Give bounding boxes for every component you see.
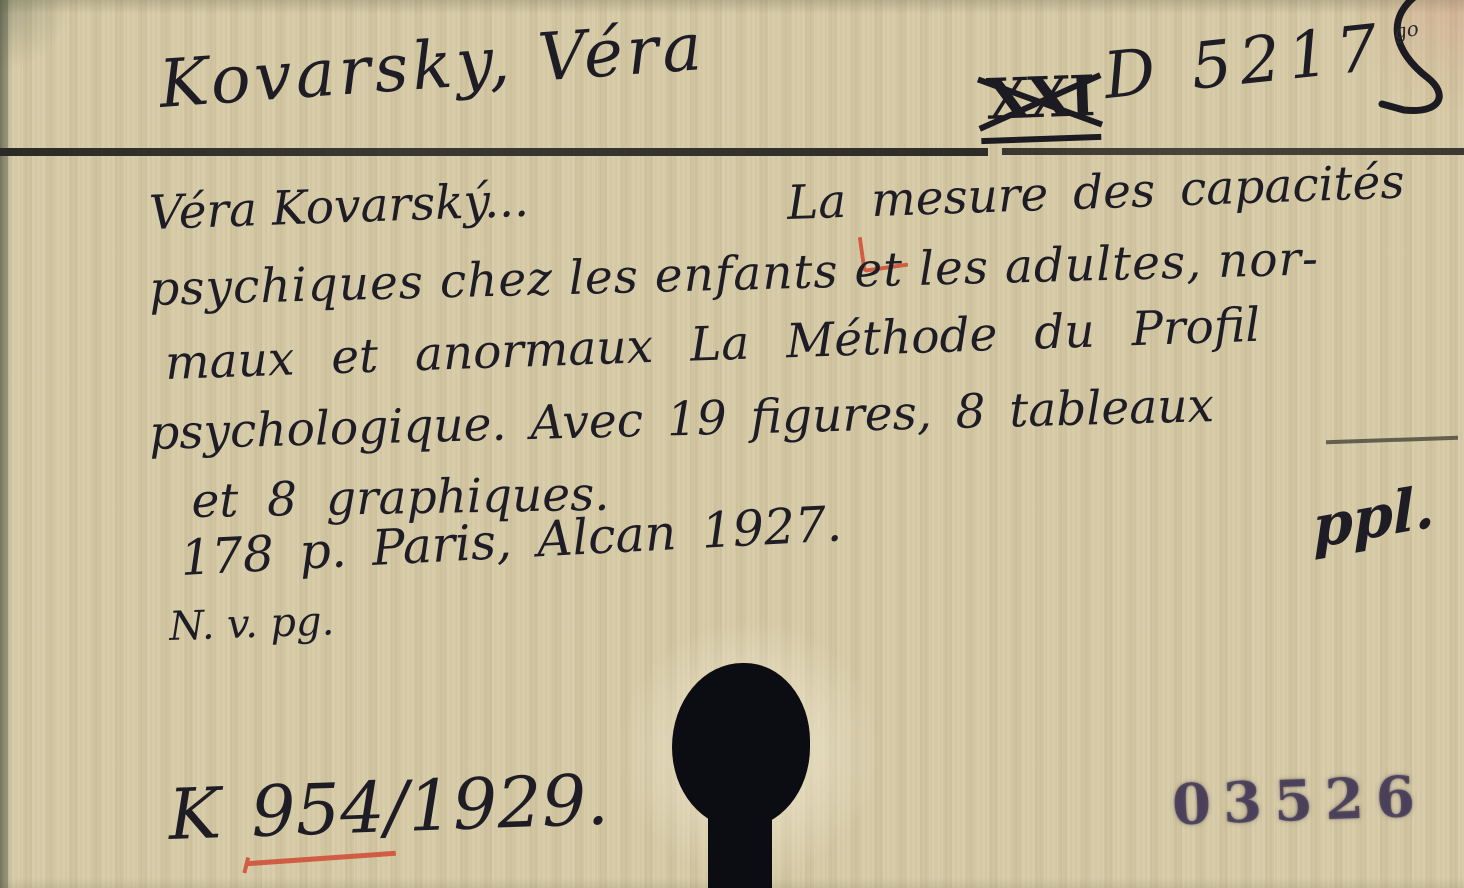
body-line-4: psychologique. Avec 19 figures, 8 tablea…: [149, 378, 1215, 461]
red-ink-underline: [246, 851, 396, 866]
pen-stroke-after-tableaux: [1326, 436, 1458, 445]
body-author: Véra Kovarský...: [148, 173, 529, 241]
body-title-start: La mesure des capacités: [786, 154, 1405, 231]
note-ppl: ppl.: [1312, 472, 1436, 562]
stamp-number: 03526: [1171, 764, 1428, 839]
crossed-out-shelf-mark: XXI: [979, 60, 1102, 144]
shelf-mark: D 5217: [1100, 11, 1389, 114]
header-rule-left: [0, 148, 988, 156]
catalog-card: Kovarsky, Véra XXI D 5217 go Véra Kovars…: [0, 0, 1464, 888]
rod-hole-slot: [708, 804, 772, 888]
note-nvpg: N. v. pg.: [168, 598, 335, 650]
scan-edge-left: [0, 0, 8, 888]
accession-number: K 954/1929.: [167, 759, 610, 856]
corner-note: go: [1392, 16, 1421, 44]
card-heading-author: Kovarsky, Véra: [157, 8, 708, 123]
